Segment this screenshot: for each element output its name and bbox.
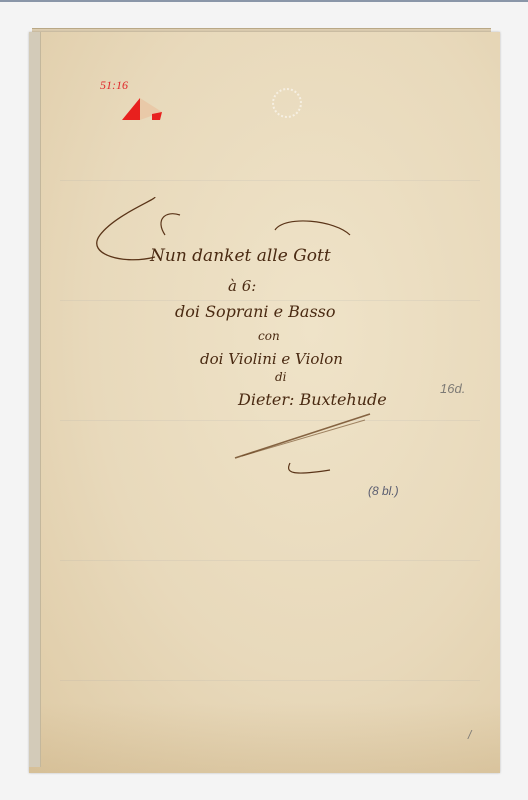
- embossed-seal-icon: [272, 88, 302, 118]
- show-through-line: [60, 300, 480, 301]
- composer-line: Dieter: Buxtehude: [238, 390, 387, 409]
- library-stamp-icon: [122, 96, 162, 122]
- corner-pencil-mark: /: [468, 728, 471, 742]
- show-through-line: [60, 560, 480, 561]
- show-through-line: [60, 180, 480, 181]
- title-line-2: à 6:: [228, 277, 256, 295]
- title-line-5: doi Violini e Violon: [200, 350, 343, 368]
- signature-flourish-icon: [230, 408, 390, 483]
- scan-top-edge: [0, 0, 528, 2]
- binding-strip: [29, 32, 41, 767]
- shelfmark: 51:16: [100, 78, 128, 93]
- show-through-line: [60, 680, 480, 681]
- title-line-4: con: [258, 329, 280, 343]
- title-line-1: Nun danket alle Gott: [150, 246, 331, 266]
- title-line-3: doi Soprani e Basso: [175, 302, 336, 321]
- margin-pencil-note: 16d.: [440, 381, 465, 396]
- folio-count-note: (8 bl.): [368, 484, 399, 498]
- title-line-6: di: [275, 370, 287, 384]
